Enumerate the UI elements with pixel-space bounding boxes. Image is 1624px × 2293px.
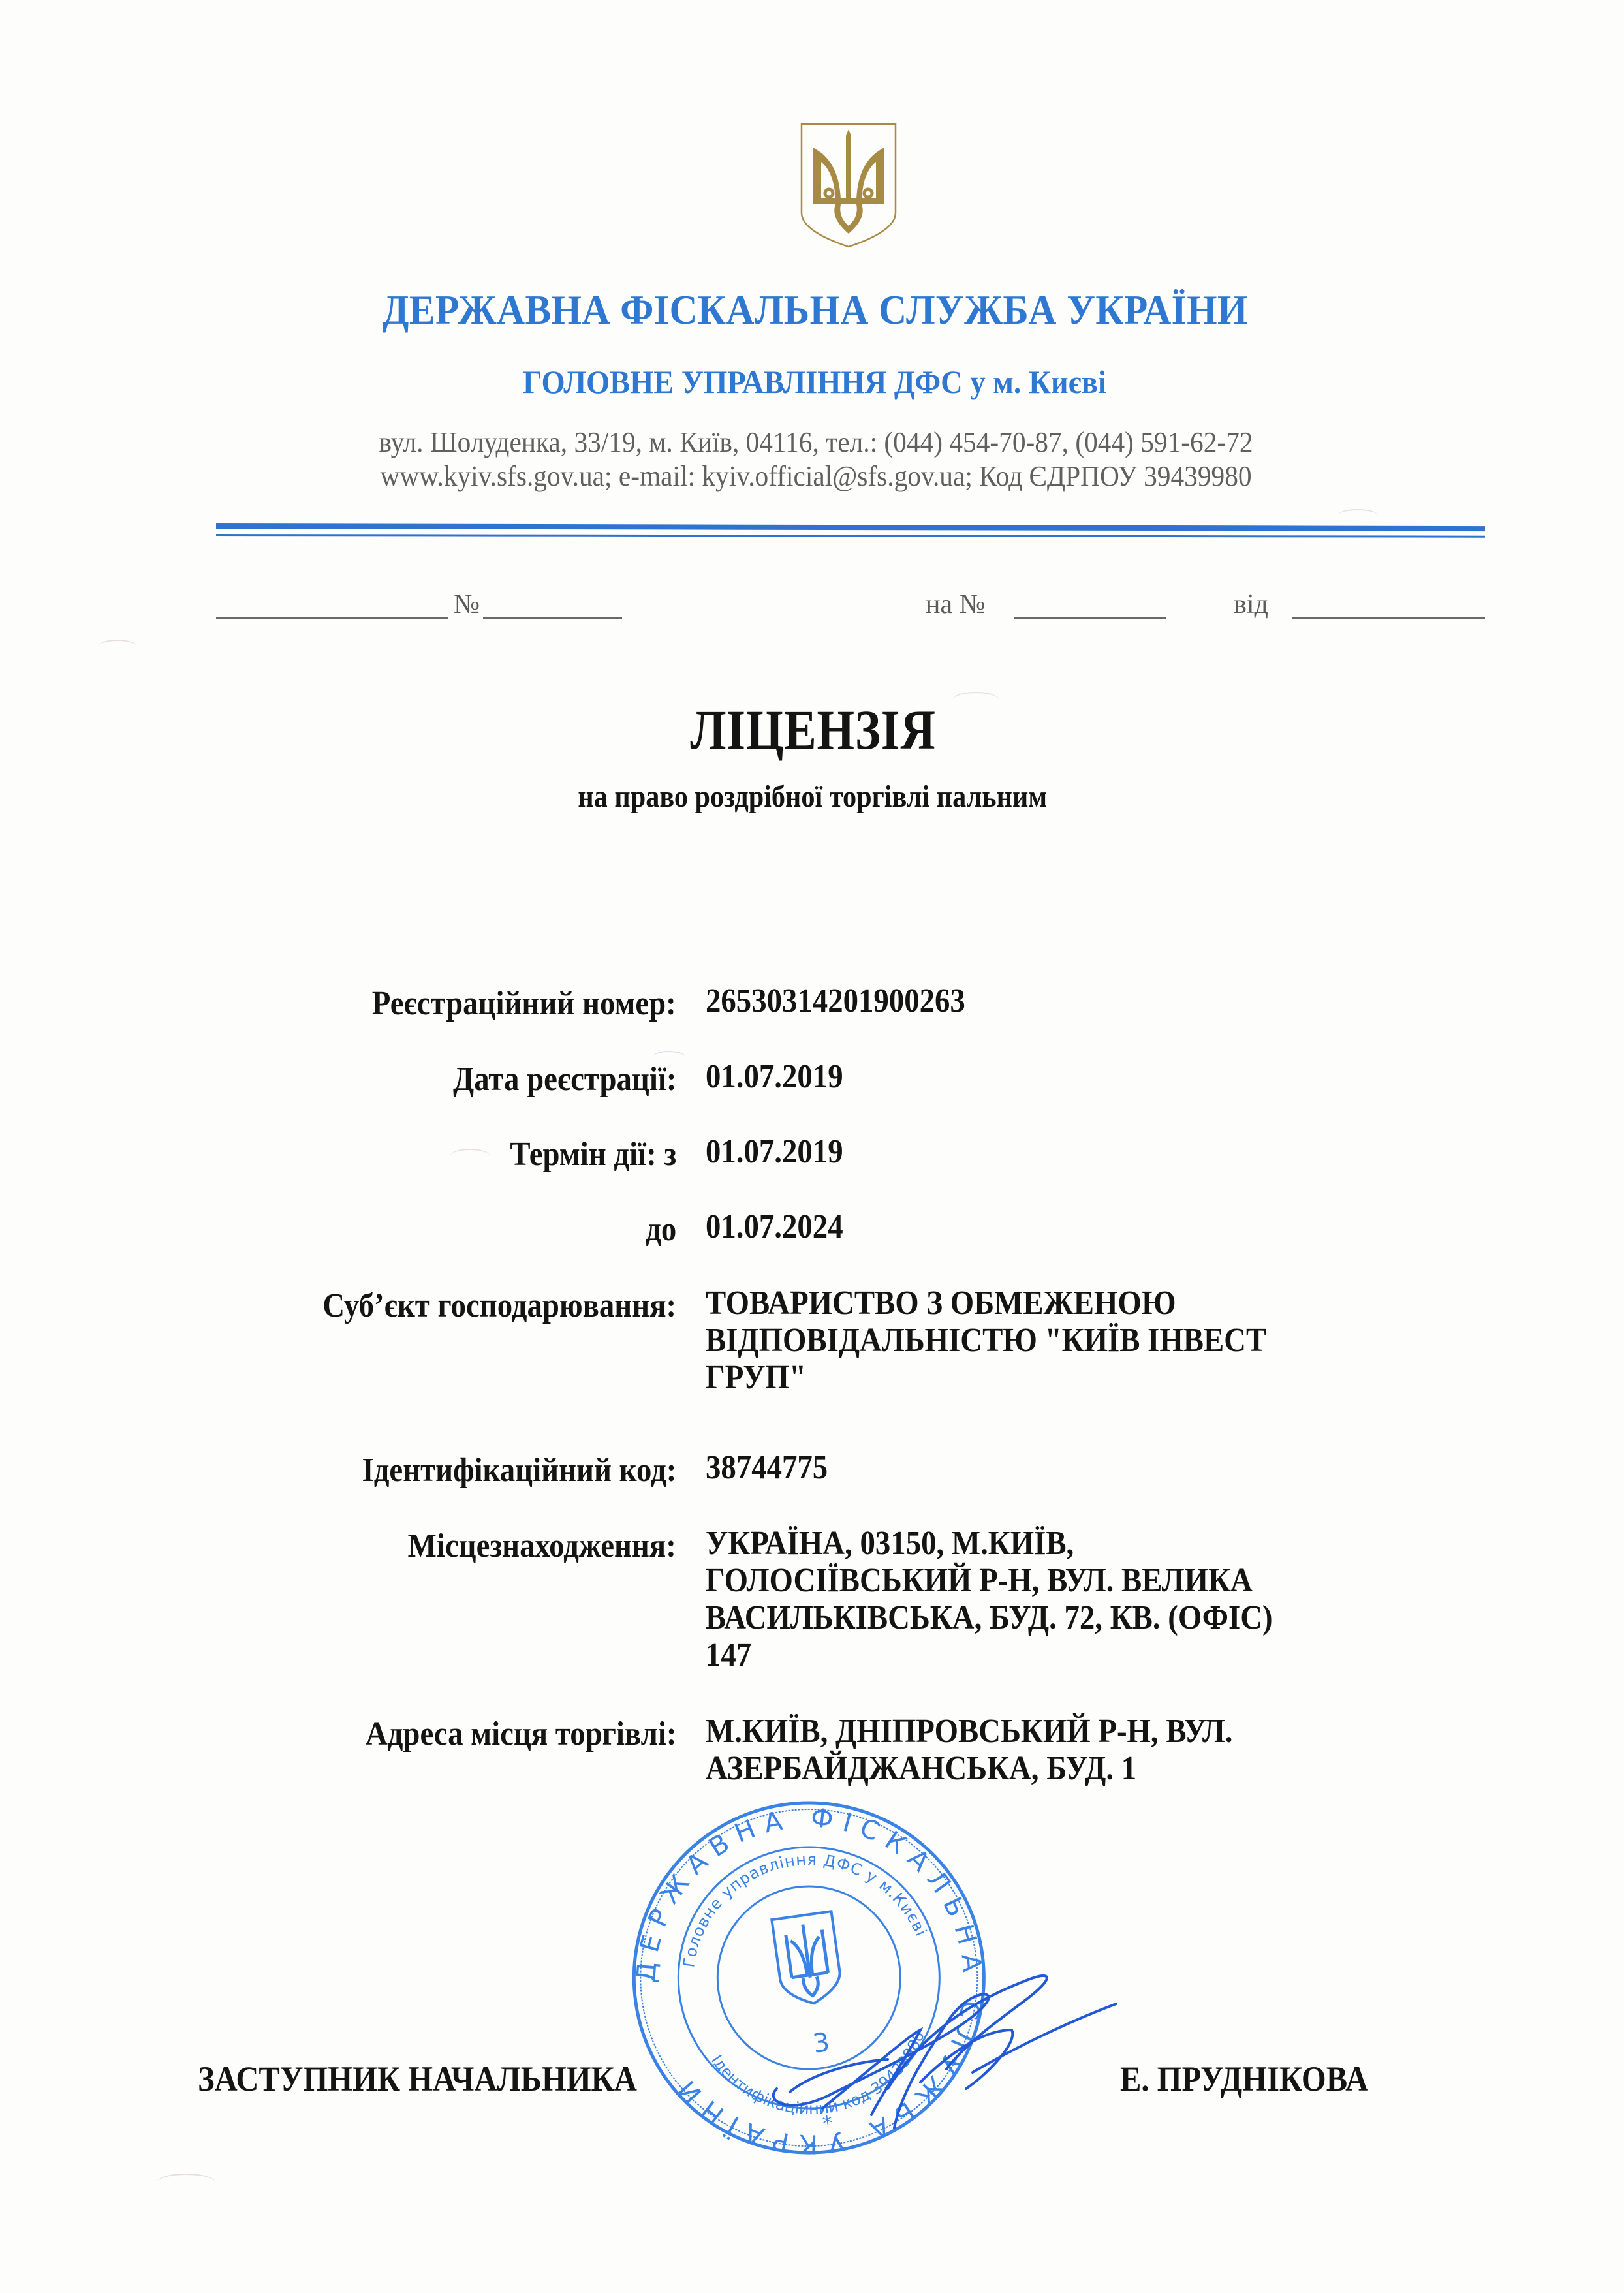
header-rule-thin bbox=[216, 534, 1485, 538]
field-value: 38744775 bbox=[706, 1449, 1375, 1486]
department-name: ГОЛОВНЕ УПРАВЛІННЯ ДФС у м. Києві bbox=[59, 363, 1570, 401]
signatory-position: ЗАСТУПНИК НАЧАЛЬНИКА bbox=[198, 2059, 637, 2099]
in-reply-number-blank bbox=[1014, 617, 1166, 619]
outgoing-date-blank bbox=[216, 617, 448, 619]
signatory-name: Е. ПРУДНІКОВА bbox=[1120, 2059, 1368, 2099]
field-label: Місцезнаходження: bbox=[408, 1527, 676, 1565]
from-label: від bbox=[1234, 589, 1268, 620]
field-label: до bbox=[646, 1210, 676, 1249]
contact-web-email: www.kyiv.sfs.gov.ua; e-mail: kyiv.offici… bbox=[53, 460, 1580, 493]
outgoing-number-blank bbox=[483, 617, 622, 619]
document-title: ЛІЦЕНЗІЯ bbox=[115, 697, 1512, 762]
organization-name: ДЕРЖАВНА ФІСКАЛЬНА СЛУЖБА УКРАЇНИ bbox=[60, 286, 1570, 334]
field-label: Термін дії: з bbox=[510, 1135, 676, 1174]
field-label: Дата реєстрації: bbox=[453, 1060, 676, 1099]
document-subtitle: на право роздрібної торгівлі пальним bbox=[98, 779, 1527, 815]
in-reply-date-blank bbox=[1292, 617, 1485, 619]
field-label: Суб’єкт господарювання: bbox=[322, 1287, 676, 1325]
field-value: 01.07.2019 bbox=[706, 1058, 1375, 1095]
field-value: 01.07.2024 bbox=[706, 1208, 1375, 1245]
paper-fiber bbox=[1338, 509, 1377, 521]
field-value: М.КИЇВ, ДНІПРОВСЬКИЙ Р-Н, ВУЛ. АЗЕРБАЙДЖ… bbox=[706, 1713, 1375, 1787]
header-rule-thick bbox=[216, 523, 1485, 531]
field-label: Реєстраційний номер: bbox=[372, 984, 676, 1023]
field-value: ТОВАРИСТВО З ОБМЕЖЕНОЮ ВІДПОВІДАЛЬНІСТЮ … bbox=[706, 1285, 1375, 1396]
paper-fiber bbox=[450, 1149, 490, 1163]
ukraine-trident-emblem-icon bbox=[799, 121, 898, 249]
field-label: Адреса місця торгівлі: bbox=[366, 1715, 676, 1753]
contact-address: вул. Шолуденка, 33/19, м. Київ, 04116, т… bbox=[53, 426, 1580, 459]
field-value: 01.07.2019 bbox=[706, 1133, 1375, 1170]
field-value: УКРАЇНА, 03150, М.КИЇВ, ГОЛОСІЇВСЬКИЙ Р-… bbox=[706, 1525, 1375, 1674]
handwritten-signature bbox=[751, 1932, 1129, 2141]
paper-fiber bbox=[98, 640, 137, 654]
number-sign: № bbox=[454, 589, 480, 620]
field-value: 26530314201900263 bbox=[706, 982, 1375, 1020]
paper-fiber bbox=[157, 2174, 215, 2191]
field-label: Ідентифікаційний код: bbox=[362, 1451, 676, 1490]
in-reply-label: на № bbox=[926, 589, 986, 620]
